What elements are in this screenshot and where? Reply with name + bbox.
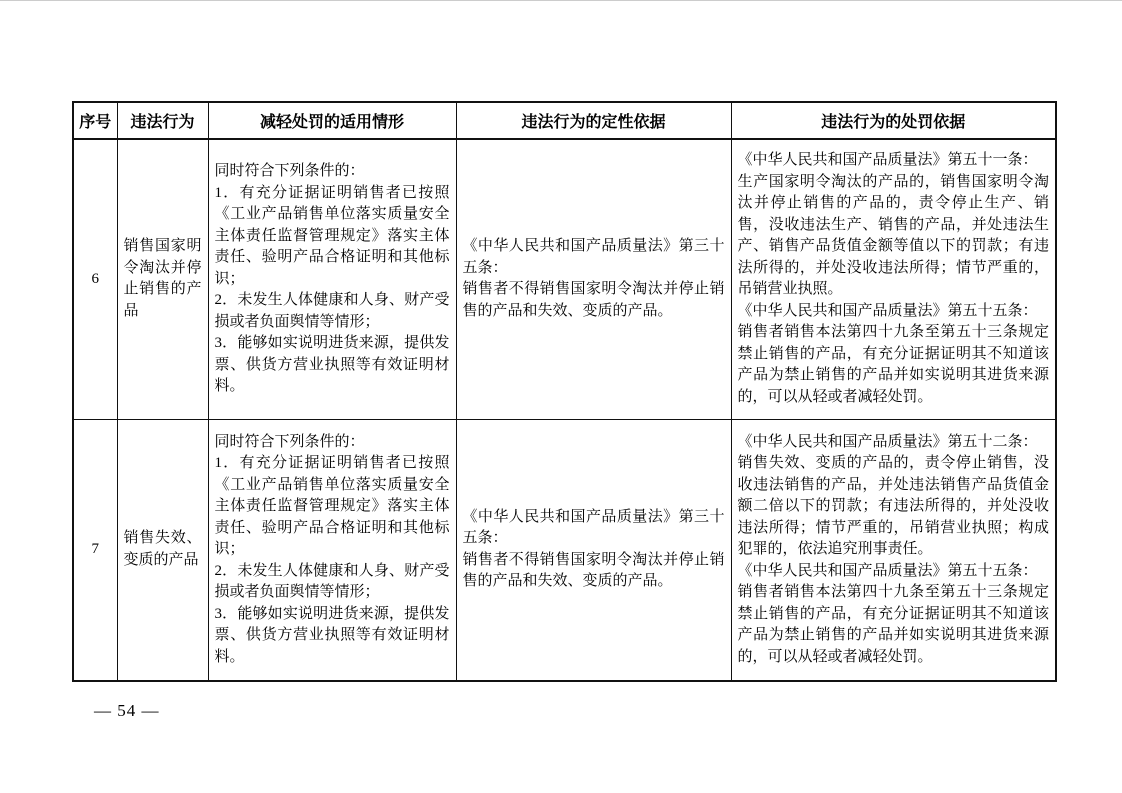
cell-punishment-basis: 《中华人民共和国产品质量法》第五十一条：生产国家明令淘汰的产品的，销售国家明令淘… (731, 139, 1056, 419)
paragraph: 销售失效、变质的产品 (124, 528, 202, 571)
table-body: 6销售国家明令淘汰并停止销售的产品同时符合下列条件的：1．有充分证据证明销售者已… (73, 139, 1056, 681)
paragraph: 1．有充分证据证明销售者已按照《工业产品销售单位落实质量安全主体责任监督管理规定… (215, 453, 450, 561)
paragraph: 2．未发生人体健康和人身、财产受损或者负面舆情等情形； (215, 561, 450, 604)
paragraph: 销售者不得销售国家明令淘汰并停止销售的产品和失效、变质的产品。 (463, 279, 725, 322)
cell-index: 6 (73, 139, 117, 419)
cell-index: 7 (73, 419, 117, 681)
cell-illegal-behavior: 销售失效、变质的产品 (117, 419, 208, 681)
page-number: — 54 — (94, 701, 160, 721)
paragraph: 销售者销售本法第四十九条至第五十三条规定禁止销售的产品，有充分证据证明其不知道该… (738, 322, 1050, 408)
table-row: 6销售国家明令淘汰并停止销售的产品同时符合下列条件的：1．有充分证据证明销售者已… (73, 139, 1056, 419)
column-header: 违法行为的处罚依据 (731, 102, 1056, 139)
paragraph: 《中华人民共和国产品质量法》第五十一条： (738, 150, 1050, 172)
paragraph: 3．能够如实说明进货来源，提供发票、供货方营业执照等有效证明材料。 (215, 604, 450, 669)
paragraph: 《中华人民共和国产品质量法》第五十五条： (738, 301, 1050, 323)
column-header: 违法行为的定性依据 (456, 102, 731, 139)
paragraph: 同时符合下列条件的： (215, 432, 450, 454)
paragraph: 销售国家明令淘汰并停止销售的产品 (124, 236, 202, 322)
paragraph: 销售者不得销售国家明令淘汰并停止销售的产品和失效、变质的产品。 (463, 550, 725, 593)
paragraph: 《中华人民共和国产品质量法》第三十五条： (463, 507, 725, 550)
paragraph: 销售者销售本法第四十九条至第五十三条规定禁止销售的产品，有充分证据证明其不知道该… (738, 582, 1050, 668)
paragraph: 1．有充分证据证明销售者已按照《工业产品销售单位落实质量安全主体责任监督管理规定… (215, 183, 450, 291)
table-row: 7销售失效、变质的产品同时符合下列条件的：1．有充分证据证明销售者已按照《工业产… (73, 419, 1056, 681)
paragraph: 同时符合下列条件的： (215, 161, 450, 183)
paragraph: 《中华人民共和国产品质量法》第三十五条： (463, 236, 725, 279)
cell-qualitative-basis: 《中华人民共和国产品质量法》第三十五条：销售者不得销售国家明令淘汰并停止销售的产… (456, 139, 731, 419)
paragraph: 3．能够如实说明进货来源，提供发票、供货方营业执照等有效证明材料。 (215, 333, 450, 398)
cell-mitigation: 同时符合下列条件的：1．有充分证据证明销售者已按照《工业产品销售单位落实质量安全… (208, 419, 456, 681)
column-header: 序号 (73, 102, 117, 139)
paragraph: 销售失效、变质的产品的，责令停止销售，没收违法销售的产品，并处违法销售产品货值金… (738, 453, 1050, 561)
paragraph: 6 (80, 269, 111, 291)
penalty-regulation-table: 序号违法行为减轻处罚的适用情形违法行为的定性依据违法行为的处罚依据 6销售国家明… (72, 101, 1057, 682)
paragraph: 7 (80, 539, 111, 561)
table-header-row: 序号违法行为减轻处罚的适用情形违法行为的定性依据违法行为的处罚依据 (73, 102, 1056, 139)
cell-mitigation: 同时符合下列条件的：1．有充分证据证明销售者已按照《工业产品销售单位落实质量安全… (208, 139, 456, 419)
column-header: 减轻处罚的适用情形 (208, 102, 456, 139)
cell-illegal-behavior: 销售国家明令淘汰并停止销售的产品 (117, 139, 208, 419)
column-header: 违法行为 (117, 102, 208, 139)
paragraph: 《中华人民共和国产品质量法》第五十二条： (738, 432, 1050, 454)
cell-qualitative-basis: 《中华人民共和国产品质量法》第三十五条：销售者不得销售国家明令淘汰并停止销售的产… (456, 419, 731, 681)
paragraph: 生产国家明令淘汰的产品的，销售国家明令淘汰并停止销售的产品的，责令停止生产、销售… (738, 172, 1050, 301)
cell-punishment-basis: 《中华人民共和国产品质量法》第五十二条：销售失效、变质的产品的，责令停止销售，没… (731, 419, 1056, 681)
paragraph: 2．未发生人体健康和人身、财产受损或者负面舆情等情形； (215, 290, 450, 333)
paragraph: 《中华人民共和国产品质量法》第五十五条： (738, 561, 1050, 583)
screenshot-top-edge (0, 0, 1122, 1)
